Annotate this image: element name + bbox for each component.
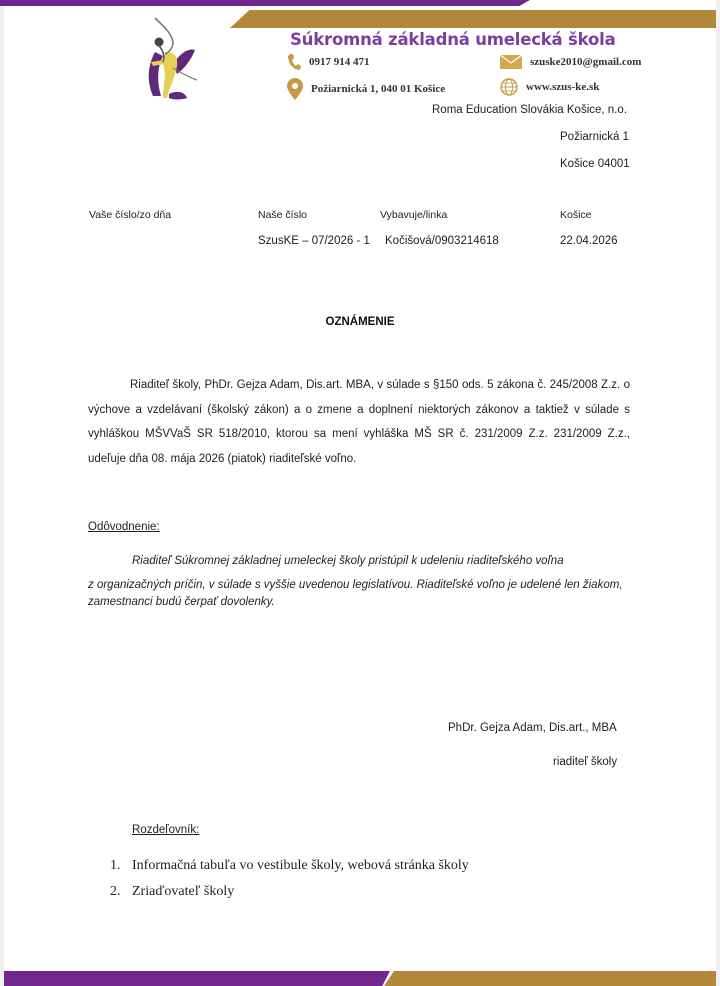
our-number-label: Naše číslo <box>258 209 307 221</box>
phone-number: 0917 914 471 <box>309 56 370 68</box>
distribution-heading: Rozdeľovník: <box>132 824 199 836</box>
signature-role: riaditeľ školy <box>553 756 617 768</box>
justification-rest: z organizačných príčin, v súlade s vyšši… <box>88 579 623 608</box>
footer-purple-bar <box>4 971 390 986</box>
signature-name: PhDr. Gejza Adam, Dis.art., MBA <box>448 722 617 734</box>
item-number: 1. <box>110 858 132 874</box>
item-text: Informačná tabuľa vo vestibule školy, we… <box>132 858 469 874</box>
envelope-icon <box>500 55 522 69</box>
handled-by-label: Vybavuje/linka <box>380 209 447 221</box>
distribution-item: 2. Zriaďovateľ školy <box>110 879 469 905</box>
justification-heading: Odôvodnenie: <box>88 521 160 533</box>
your-number-label: Vaše číslo/zo dňa <box>89 209 171 221</box>
school-name: Súkromná základná umelecká škola <box>290 30 616 49</box>
header-gold-bar <box>230 10 716 28</box>
announcement-text: Riaditeľ školy, PhDr. Gejza Adam, Dis.ar… <box>88 379 630 465</box>
phone-icon <box>287 53 301 71</box>
place-label: Košice <box>560 209 592 221</box>
distribution-list: 1. Informačná tabuľa vo vestibule školy,… <box>110 853 469 905</box>
website-link[interactable]: www.szus-ke.sk <box>526 81 599 93</box>
contact-email: szuske2010@gmail.com <box>500 55 641 69</box>
justification-line1: Riaditeľ Súkromnej základnej umeleckej š… <box>88 553 633 570</box>
justification-text: Riaditeľ Súkromnej základnej umeleckej š… <box>88 553 633 611</box>
recipient-name: Roma Education Slovákia Košice, n.o. <box>432 104 627 116</box>
our-number-value: SzusKE – 07/2026 - 1 <box>258 235 370 247</box>
document-date: 22.04.2026 <box>560 235 618 247</box>
recipient-city: Košice 04001 <box>560 158 630 170</box>
page-edge <box>716 0 720 986</box>
school-logo-dancer-icon <box>133 12 203 102</box>
contact-address: Požiarnická 1, 040 01 Košice <box>287 78 445 100</box>
document-title: OZNÁMENIE <box>0 316 720 328</box>
globe-icon <box>500 78 518 96</box>
email-address[interactable]: szuske2010@gmail.com <box>530 56 641 68</box>
item-number: 2. <box>110 884 132 900</box>
location-pin-icon <box>287 78 303 100</box>
handled-by-value: Kočišová/0903214618 <box>385 235 499 247</box>
contact-website: www.szus-ke.sk <box>500 78 599 96</box>
announcement-body: Riaditeľ školy, PhDr. Gejza Adam, Dis.ar… <box>88 373 630 471</box>
header-purple-bar <box>0 0 530 6</box>
footer-gold-bar <box>384 971 716 986</box>
page-edge <box>0 0 4 986</box>
contact-phone: 0917 914 471 <box>287 53 370 71</box>
address-text: Požiarnická 1, 040 01 Košice <box>311 83 445 95</box>
item-text: Zriaďovateľ školy <box>132 884 234 900</box>
recipient-street: Požiarnická 1 <box>560 131 629 143</box>
distribution-item: 1. Informačná tabuľa vo vestibule školy,… <box>110 853 469 879</box>
